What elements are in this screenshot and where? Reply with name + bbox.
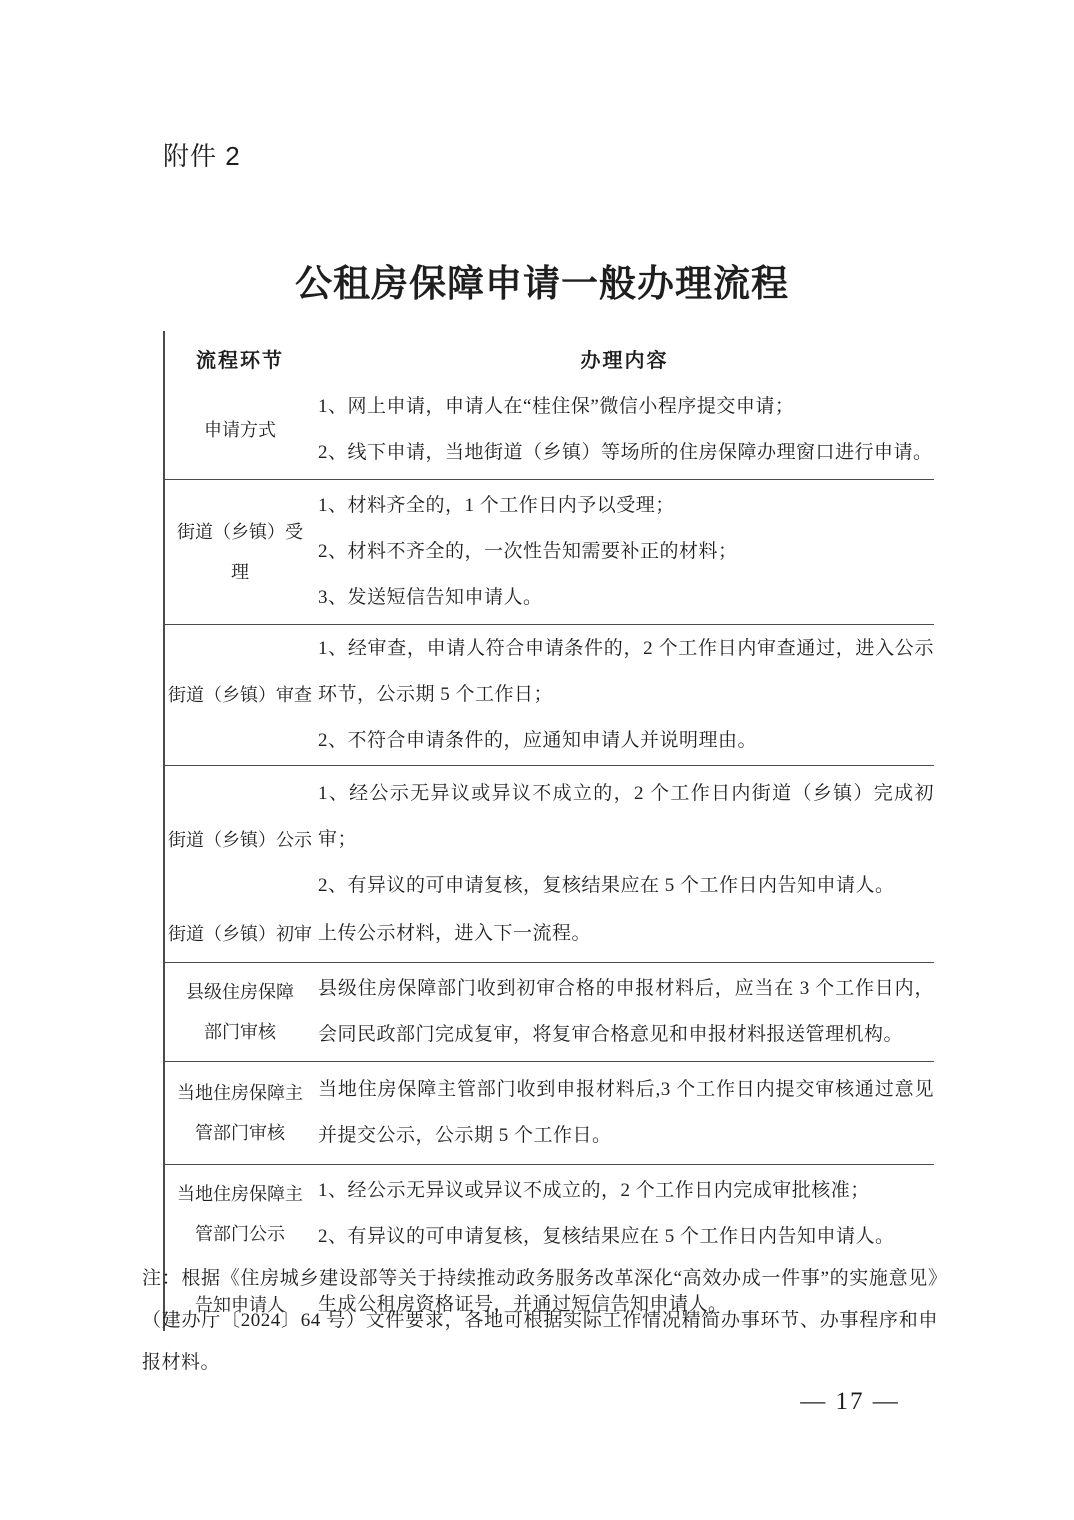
content-item: 2、不符合申请条件的，应通知申请人并说明理由。 xyxy=(318,718,934,764)
step-cell: 申请方式 xyxy=(165,383,315,477)
footnote: 注：根据《住房城乡建设部等关于持续推动政务服务改革深化“高效办成一件事”的实施意… xyxy=(142,1258,938,1384)
step-label-line: 街道（乡镇）公示 xyxy=(168,820,312,860)
document-page: { "page": { "attachment_label": "附件 2", … xyxy=(0,0,1074,1520)
table-section-acceptance: 街道（乡镇）受 理 1、材料齐全的，1 个工作日内予以受理； 2、材料不齐全的，… xyxy=(165,480,934,625)
table-row-local-publicity: 当地住房保障主 管部门公示 1、经公示无异议或异议不成立的，2 个工作日内完成审… xyxy=(165,1167,934,1261)
step-label-line: 管部门审核 xyxy=(195,1113,285,1153)
table-row-publicity: 街道（乡镇）公示 1、经公示无异议或异议不成立的，2 个工作日内街道（乡镇）完成… xyxy=(165,770,934,910)
step-label-line: 街道（乡镇）审查 xyxy=(168,675,312,715)
content-item: 2、线下申请，当地街道（乡镇）等场所的住房保障办理窗口进行申请。 xyxy=(318,430,934,476)
content-item: 2、有异议的可申请复核，复核结果应在 5 个工作日内告知申请人。 xyxy=(318,863,934,909)
document-title: 公租房保障申请一般办理流程 xyxy=(0,253,1074,307)
content-cell: 上传公示材料，进入下一流程。 xyxy=(315,910,934,958)
step-cell: 街道（乡镇）初审 xyxy=(165,910,315,958)
step-label-line: 街道（乡镇）初审 xyxy=(168,914,312,954)
step-label-line: 理 xyxy=(231,552,249,592)
process-table: 流程环节 办理内容 申请方式 1、网上申请，申请人在“桂住保”微信小程序提交申请… xyxy=(163,331,934,1331)
step-label-line: 部门审核 xyxy=(204,1012,276,1052)
table-section-apply: 流程环节 办理内容 申请方式 1、网上申请，申请人在“桂住保”微信小程序提交申请… xyxy=(165,331,934,480)
content-item: 当地住房保障主管部门收到申报材料后,3 个工作日内提交审核通过意见并提交公示，公… xyxy=(318,1067,934,1159)
attachment-label: 附件 2 xyxy=(163,136,241,173)
step-cell: 县级住房保障 部门审核 xyxy=(165,965,315,1059)
content-item: 1、经公示无异议或异议不成立的，2 个工作日内街道（乡镇）完成初审； xyxy=(318,771,934,863)
table-row-initial-review: 街道（乡镇）初审 上传公示材料，进入下一流程。 xyxy=(165,910,934,958)
content-cell: 1、材料齐全的，1 个工作日内予以受理； 2、材料不齐全的，一次性告知需要补正的… xyxy=(315,482,934,622)
content-item: 1、经公示无异议或异议不成立的，2 个工作日内完成审批核准； xyxy=(318,1168,934,1214)
content-item: 1、材料齐全的，1 个工作日内予以受理； xyxy=(318,483,934,529)
step-label-line: 申请方式 xyxy=(204,410,276,450)
step-cell: 街道（乡镇）公示 xyxy=(165,770,315,910)
table-row-local-review: 当地住房保障主 管部门审核 当地住房保障主管部门收到申报材料后,3 个工作日内提… xyxy=(165,1066,934,1160)
content-item: 2、材料不齐全的，一次性告知需要补正的材料； xyxy=(318,529,934,575)
table-row-review: 街道（乡镇）审查 1、经审查，申请人符合申请条件的，2 个工作日内审查通过，进入… xyxy=(165,625,934,765)
table-row-acceptance: 街道（乡镇）受 理 1、材料齐全的，1 个工作日内予以受理； 2、材料不齐全的，… xyxy=(165,482,934,622)
content-item: 2、有异议的可申请复核，复核结果应在 5 个工作日内告知申请人。 xyxy=(318,1214,934,1260)
column-header-content: 办理内容 xyxy=(315,344,934,373)
step-cell: 当地住房保障主 管部门公示 xyxy=(165,1167,315,1261)
table-row-county-review: 县级住房保障 部门审核 县级住房保障部门收到初审合格的申报材料后，应当在 3 个… xyxy=(165,965,934,1059)
step-label-line: 街道（乡镇）受 xyxy=(177,512,303,552)
step-label-line: 当地住房保障主 xyxy=(177,1073,303,1113)
content-item: 3、发送短信告知申请人。 xyxy=(318,575,934,621)
step-label-line: 管部门公示 xyxy=(195,1214,285,1254)
step-label-line: 县级住房保障 xyxy=(186,972,294,1012)
content-cell: 当地住房保障主管部门收到申报材料后,3 个工作日内提交审核通过意见并提交公示，公… xyxy=(315,1066,934,1160)
table-section-county-review: 县级住房保障 部门审核 县级住房保障部门收到初审合格的申报材料后，应当在 3 个… xyxy=(165,963,934,1062)
content-cell: 县级住房保障部门收到初审合格的申报材料后，应当在 3 个工作日内，会同民政部门完… xyxy=(315,965,934,1059)
content-cell: 1、网上申请，申请人在“桂住保”微信小程序提交申请； 2、线下申请，当地街道（乡… xyxy=(315,383,934,477)
step-label-line: 当地住房保障主 xyxy=(177,1174,303,1214)
content-cell: 1、经公示无异议或异议不成立的，2 个工作日内完成审批核准； 2、有异议的可申请… xyxy=(315,1167,934,1261)
content-item: 县级住房保障部门收到初审合格的申报材料后，应当在 3 个工作日内，会同民政部门完… xyxy=(318,966,934,1058)
table-section-local-review: 当地住房保障主 管部门审核 当地住房保障主管部门收到申报材料后,3 个工作日内提… xyxy=(165,1062,934,1165)
step-cell: 街道（乡镇）审查 xyxy=(165,625,315,765)
content-item: 上传公示材料，进入下一流程。 xyxy=(318,911,934,957)
column-header-step: 流程环节 xyxy=(165,344,315,373)
table-header-row: 流程环节 办理内容 xyxy=(165,333,934,383)
content-item: 1、经审查，申请人符合申请条件的，2 个工作日内审查通过，进入公示环节，公示期 … xyxy=(318,626,934,718)
content-cell: 1、经公示无异议或异议不成立的，2 个工作日内街道（乡镇）完成初审； 2、有异议… xyxy=(315,770,934,910)
content-item: 1、网上申请，申请人在“桂住保”微信小程序提交申请； xyxy=(318,384,934,430)
table-row-apply-method: 申请方式 1、网上申请，申请人在“桂住保”微信小程序提交申请； 2、线下申请，当… xyxy=(165,383,934,477)
table-section-publicity-initial: 街道（乡镇）公示 1、经公示无异议或异议不成立的，2 个工作日内街道（乡镇）完成… xyxy=(165,766,934,963)
step-cell: 当地住房保障主 管部门审核 xyxy=(165,1066,315,1160)
step-cell: 街道（乡镇）受 理 xyxy=(165,482,315,622)
page-number: — 17 — xyxy=(760,1388,940,1416)
table-section-review: 街道（乡镇）审查 1、经审查，申请人符合申请条件的，2 个工作日内审查通过，进入… xyxy=(165,625,934,766)
content-cell: 1、经审查，申请人符合申请条件的，2 个工作日内审查通过，进入公示环节，公示期 … xyxy=(315,625,934,765)
